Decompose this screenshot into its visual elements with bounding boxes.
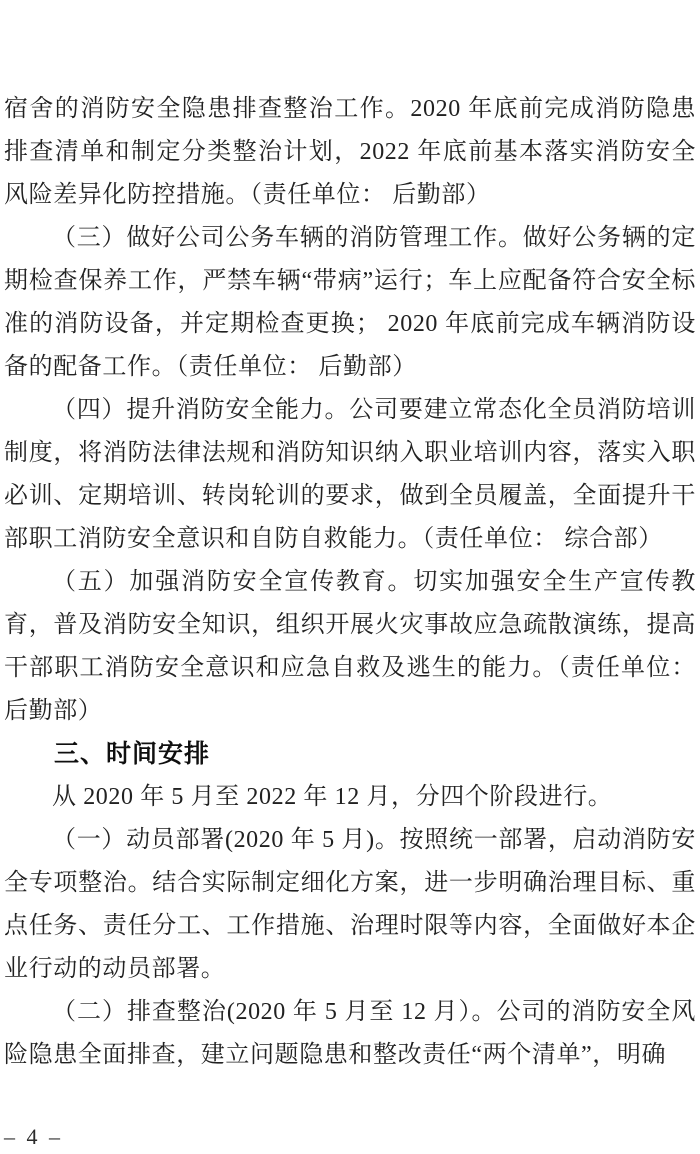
document-page: 宿舍的消防安全隐患排查整治工作。2020 年底前完成消防隐患排查清单和制定分类整… — [0, 0, 700, 1154]
paragraph-item-5: （五）加强消防安全宣传教育。切实加强安全生产宣传教育，普及消防安全知识，组织开展… — [4, 561, 696, 733]
paragraph-schedule-overview: 从 2020 年 5 月至 2022 年 12 月，分四个阶段进行。 — [4, 776, 696, 819]
paragraph-item-3: （三）做好公司公务车辆的消防管理工作。做好公务辆的定期检查保养工作，严禁车辆“带… — [4, 217, 696, 389]
paragraph-continuation: 宿舍的消防安全隐患排查整治工作。2020 年底前完成消防隐患排查清单和制定分类整… — [4, 88, 696, 217]
paragraph-phase-1: （一）动员部署(2020 年 5 月)。按照统一部署，启动消防安全专项整治。结合… — [4, 819, 696, 991]
paragraph-item-4: （四）提升消防安全能力。公司要建立常态化全员消防培训制度，将消防法律法规和消防知… — [4, 389, 696, 561]
document-body: 宿舍的消防安全隐患排查整治工作。2020 年底前完成消防隐患排查清单和制定分类整… — [4, 88, 696, 1077]
page-number: – 4 – — [4, 1124, 63, 1150]
section-heading-time-arrangement: 三、时间安排 — [4, 733, 696, 776]
paragraph-phase-2: （二）排查整治(2020 年 5 月至 12 月）。公司的消防安全风险隐患全面排… — [4, 991, 696, 1077]
